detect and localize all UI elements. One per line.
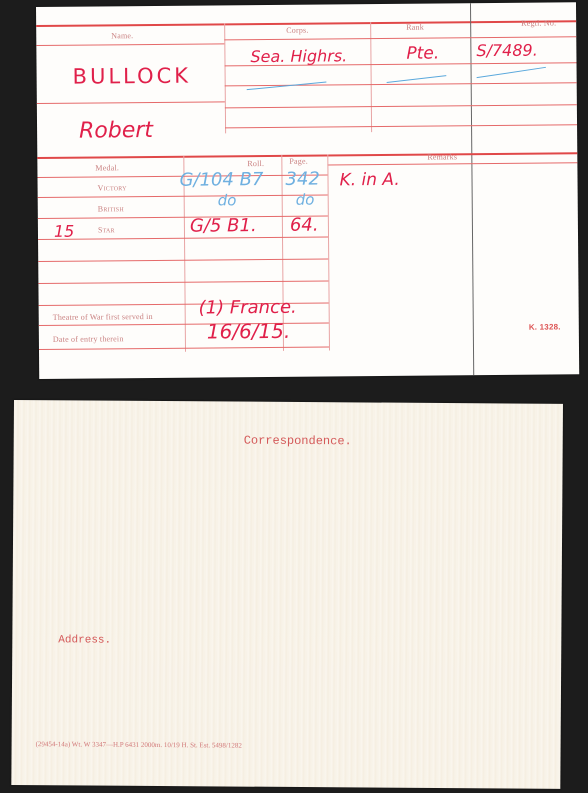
rule [39, 346, 329, 350]
underline-mark [387, 75, 447, 83]
surname-value: BULLOCK [73, 64, 192, 89]
rule [38, 236, 328, 240]
underline-mark [477, 67, 546, 78]
address-label: Address. [58, 634, 111, 646]
corps-value: Sea. Highrs. [250, 46, 347, 66]
rule [36, 43, 224, 46]
rule [38, 194, 328, 198]
rule [327, 154, 330, 350]
roll-header: Roll. [247, 159, 264, 168]
medal-index-card-back: Correspondence. Address. (29454-14a) Wt.… [11, 400, 563, 789]
victory-roll: G/104 B7 [179, 169, 263, 191]
form-code: K. 1328. [529, 322, 561, 331]
rule [224, 36, 576, 40]
medal-label-british: British [98, 204, 124, 213]
medal-index-card-front: Name. Corps. Rank Regtl. No. BULLOCK Rob… [36, 2, 579, 379]
medal-label-star: Star [98, 225, 115, 234]
british-roll: do [218, 191, 237, 209]
medal-header: Medal. [95, 163, 119, 172]
rule [38, 258, 328, 262]
remarks-header: Remarks [427, 152, 457, 161]
name-header: Name. [111, 31, 133, 40]
regt-no-header: Regtl. No. [521, 18, 556, 27]
rule [37, 101, 225, 104]
column-divider [470, 3, 474, 375]
star-page: 64. [290, 215, 319, 236]
entry-date-value: 16/6/15. [207, 319, 291, 344]
rank-header: Rank [406, 23, 424, 32]
rule [38, 215, 328, 219]
star-roll: G/5 B1. [190, 215, 257, 237]
forename-value: Robert [79, 118, 153, 144]
page-header: Page. [289, 157, 308, 166]
rule [327, 162, 577, 165]
rank-value: Pte. [406, 43, 439, 63]
corps-header: Corps. [286, 26, 308, 35]
remarks-value: K. in A. [339, 170, 399, 191]
rule [225, 124, 577, 128]
british-page: do [296, 191, 315, 209]
rule [38, 280, 328, 284]
print-footer: (29454-14a) Wt. W 3347—H.P 6431 2000m. 1… [36, 740, 242, 749]
entry-date-label: Date of entry therein [53, 334, 124, 344]
victory-page: 342 [285, 169, 320, 190]
rule [225, 104, 577, 108]
theatre-label: Theatre of War first served in [53, 312, 153, 322]
star-prefix: 15 [54, 222, 75, 241]
correspondence-heading: Correspondence. [244, 434, 352, 449]
medal-label-victory: Victory [98, 183, 127, 192]
regt-no-value: S/7489. [476, 41, 538, 61]
theatre-value: (1) France. [199, 297, 297, 319]
